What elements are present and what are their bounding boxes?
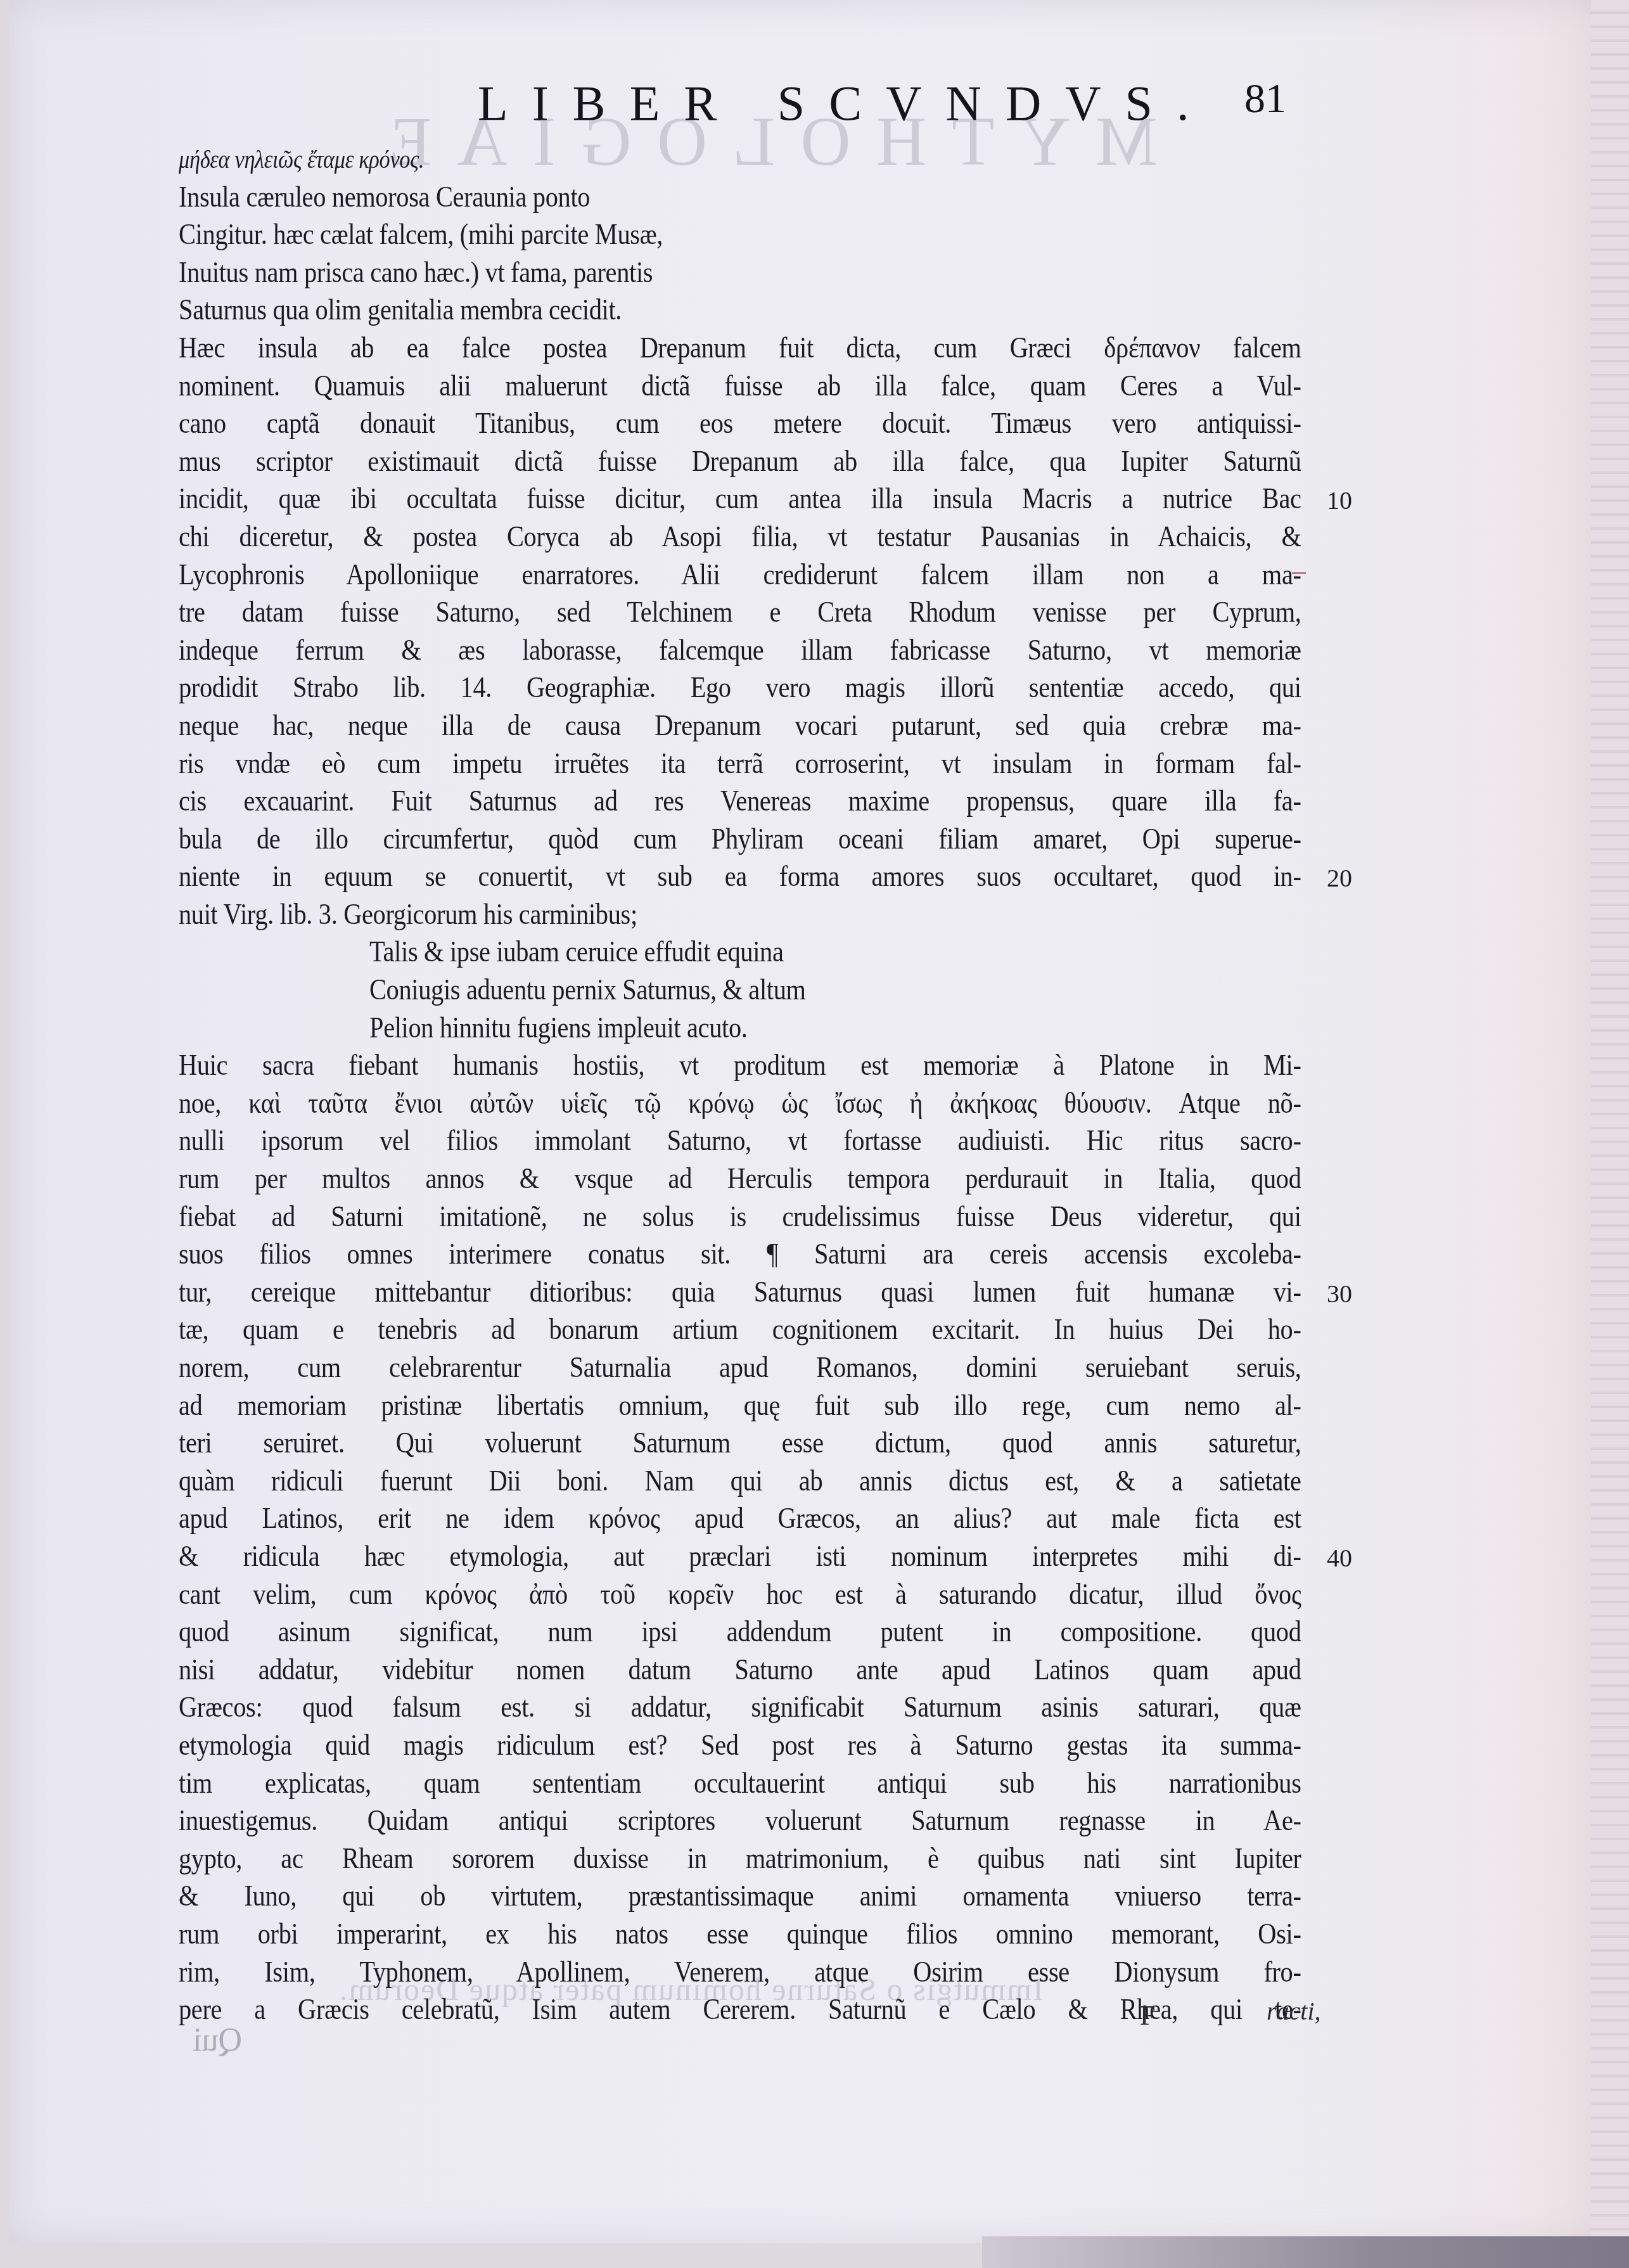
catchword: racti,: [1267, 1996, 1321, 2026]
text-line: Lycophronis Apolloniique enarratores. Al…: [179, 556, 1301, 594]
verse-line: Coniugis aduentu pernix Saturnus, & altu…: [179, 971, 1301, 1009]
text-line: chi diceretur, & postea Coryca ab Asopi …: [179, 518, 1301, 556]
page-edge-stack: [1591, 0, 1629, 2268]
text-line: cano captã donauit Titanibus, cum eos me…: [179, 405, 1301, 443]
text-line: nulli ipsorum vel filios immolant Saturn…: [179, 1122, 1301, 1160]
text-line: pere a Græcis celebratũ, Isim autem Cere…: [179, 1991, 1301, 2029]
running-head: LIBER SCVNDVS.: [478, 75, 1213, 132]
text-line: mus scriptor existimauit dictã fuisse Dr…: [179, 443, 1301, 481]
verse-line: Saturnus qua olim genitalia membra cecid…: [179, 292, 1301, 330]
text-line: inuestigemus. Quidam antiqui scriptores …: [179, 1802, 1301, 1840]
text-line: incidit, quæ ibi occultata fuisse dicitu…: [179, 480, 1301, 518]
margin-line-number: 40: [1327, 1543, 1352, 1573]
text-line: cant velim, cum κρόνος ἀπὸ τοῦ κορεῖν ho…: [179, 1576, 1301, 1614]
text-line: fiebat ad Saturni imitationẽ, ne solus i…: [179, 1198, 1301, 1236]
text-line: Græcos: quod falsum est. si addatur, sig…: [179, 1689, 1301, 1727]
text-line: neque hac, neque illa de causa Drepanum …: [179, 707, 1301, 745]
text-line: prodidit Strabo lib. 14. Geographiæ. Ego…: [179, 669, 1301, 707]
red-ink-mark: [1292, 572, 1306, 574]
text-line: tur, cereique mittebantur ditioribus: qu…: [179, 1274, 1301, 1312]
text-line: noe, καὶ ταῦτα ἔνιοι αὐτῶν υἱεῖς τῷ κρόν…: [179, 1085, 1301, 1123]
text-line: rum per multos annos & vsque ad Herculis…: [179, 1160, 1301, 1198]
text-line: indeque ferrum & æs laborasse, falcemque…: [179, 632, 1301, 670]
text-line: apud Latinos, erit ne idem κρόνος apud G…: [179, 1500, 1301, 1538]
text-line: gypto, ac Rheam sororem duxisse in matri…: [179, 1840, 1301, 1878]
text-line: tim explicatas, quam sententiam occultau…: [179, 1765, 1301, 1803]
verse-line: Insula cæruleo nemorosa Ceraunia ponto: [179, 179, 1301, 217]
text-line: suos filios omnes interimere conatus sit…: [179, 1236, 1301, 1274]
verse-line: Talis & ipse iubam ceruice effudit equin…: [179, 933, 1301, 971]
text-line: Hæc insula ab ea falce postea Drepanum f…: [179, 330, 1301, 368]
text-block: μήδεα νηλειῶς ἔταμε κρόνος.Insula cærule…: [179, 141, 1300, 2029]
text-line: ad memoriam pristinæ libertatis omnium, …: [179, 1387, 1301, 1425]
text-line: teri seruiret. Qui voluerunt Saturnum es…: [179, 1425, 1301, 1463]
book-page: MYTHOLOGIAE Immutgis o Saturne hominum p…: [9, 0, 1606, 2243]
margin-line-number: 30: [1327, 1279, 1352, 1309]
page-header: LIBER SCVNDVS. 81: [478, 75, 1276, 132]
scanner-shadow: [982, 2236, 1629, 2268]
text-line: rum orbi imperarint, ex his natos esse q…: [179, 1916, 1301, 1954]
text-line: quàm ridiculi fuerunt Dii boni. Nam qui …: [179, 1463, 1301, 1501]
text-line: rim, Isim, Typhonem, Apollinem, Venerem,…: [179, 1954, 1301, 1992]
signature-mark: F: [1140, 1999, 1155, 2032]
text-line: tæ, quam e tenebris ad bonarum artium co…: [179, 1311, 1301, 1349]
text-line: Huic sacra fiebant humanis hostiis, vt p…: [179, 1047, 1301, 1085]
text-line: μήδεα νηλειῶς ἔταμε κρόνος.: [179, 141, 1301, 179]
text-line: etymologia quid magis ridiculum est? Sed…: [179, 1727, 1301, 1765]
text-line: norem, cum celebrarentur Saturnalia apud…: [179, 1349, 1301, 1387]
margin-line-number: 20: [1327, 863, 1352, 893]
text-line: quod asinum significat, num ipsi addendu…: [179, 1613, 1301, 1651]
folio-number: 81: [1244, 75, 1286, 123]
text-line: cis excauarint. Fuit Saturnus ad res Ven…: [179, 783, 1301, 821]
verse-line: Cingitur. hæc cælat falcem, (mihi parcit…: [179, 216, 1301, 254]
verse-line: Pelion hinnitu fugiens impleuit acuto.: [179, 1009, 1301, 1048]
text-line: ris vndæ eò cum impetu irruẽtes ita terr…: [179, 745, 1301, 783]
text-line: tre datam fuisse Saturno, sed Telchinem …: [179, 594, 1301, 632]
text-line: nisi addatur, videbitur nomen datum Satu…: [179, 1651, 1301, 1689]
text-line: nuit Virg. lib. 3. Georgicorum his carmi…: [179, 896, 1301, 934]
text-line: bula de illo circumfertur, quòd cum Phyl…: [179, 821, 1301, 859]
text-line: & ridicula hæc etymologia, aut præclari …: [179, 1538, 1301, 1576]
verse-line: Inuitus nam prisca cano hæc.) vt fama, p…: [179, 254, 1301, 292]
text-line: & Iuno, qui ob virtutem, præstantissimaq…: [179, 1878, 1301, 1916]
margin-line-number: 10: [1327, 485, 1352, 515]
text-line: niente in equum se conuertit, vt sub ea …: [179, 858, 1301, 896]
text-line: nominent. Quamuis alii maluerunt dictã f…: [179, 368, 1301, 406]
